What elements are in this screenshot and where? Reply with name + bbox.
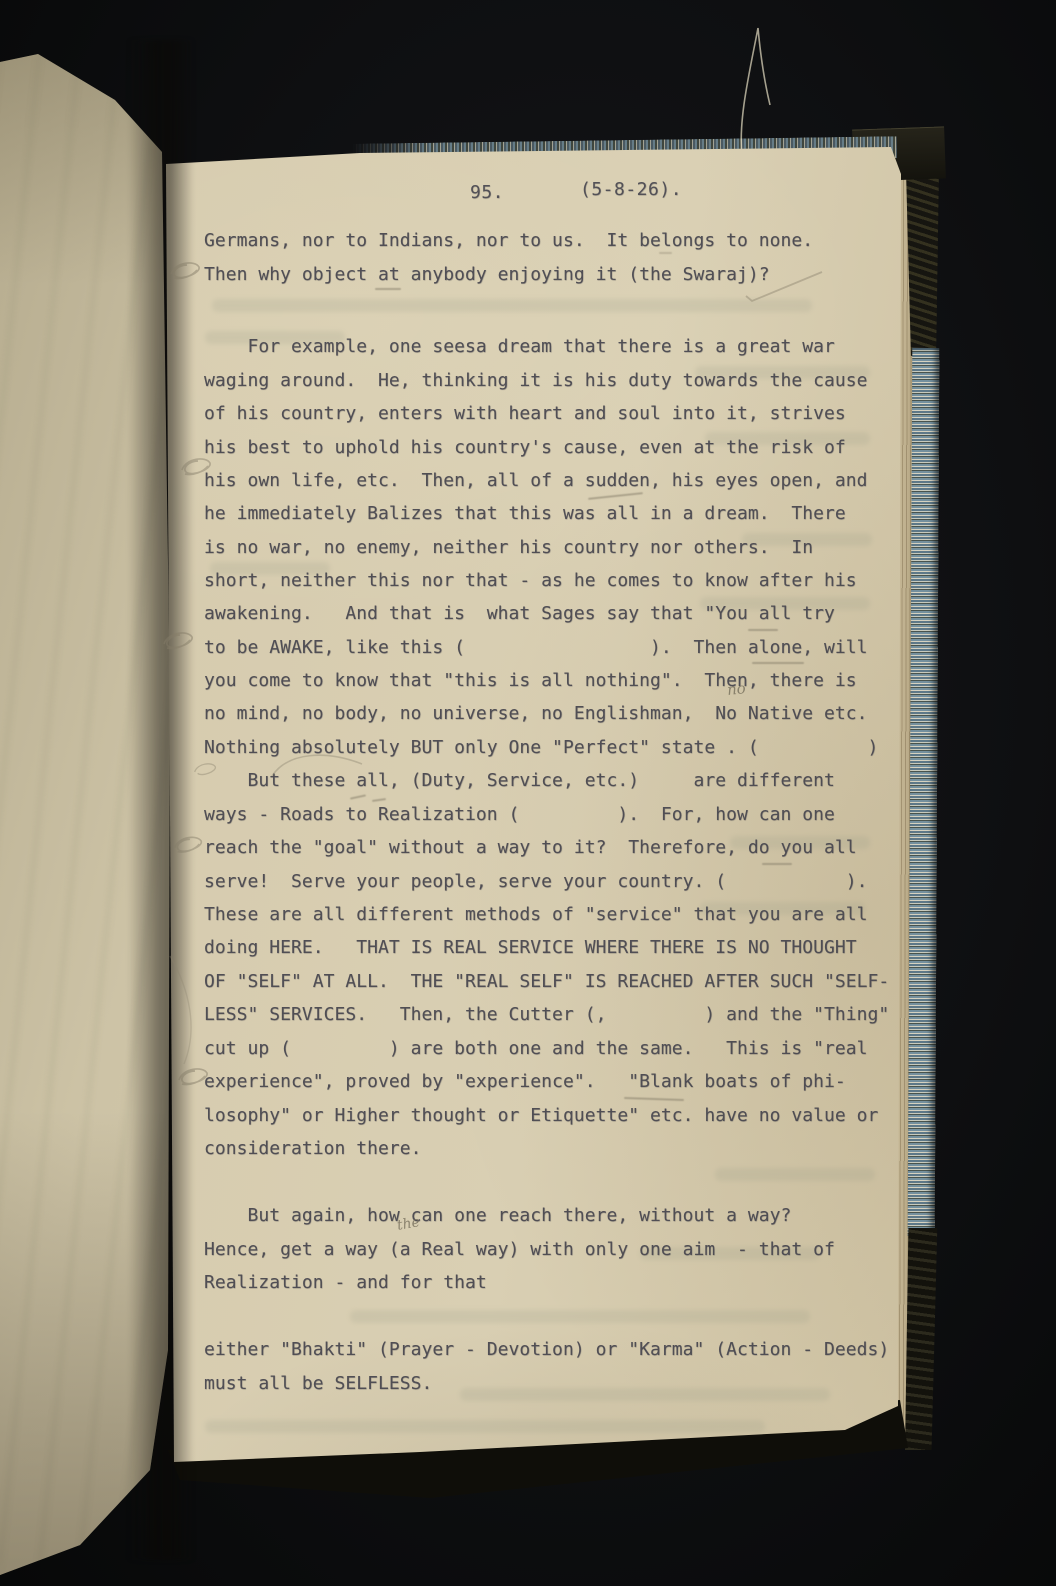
page-stack-dark-edge: [905, 1228, 939, 1450]
stray-thread: [680, 10, 800, 160]
page-date: (5-8-26).: [580, 179, 682, 200]
page-number: 95.: [470, 182, 504, 203]
manuscript-photo: 95. (5-8-26). Germans, nor to Indians, n…: [0, 0, 1056, 1586]
gutter-shadow: [128, 40, 194, 1560]
fore-edge-stripes: [908, 348, 940, 1236]
